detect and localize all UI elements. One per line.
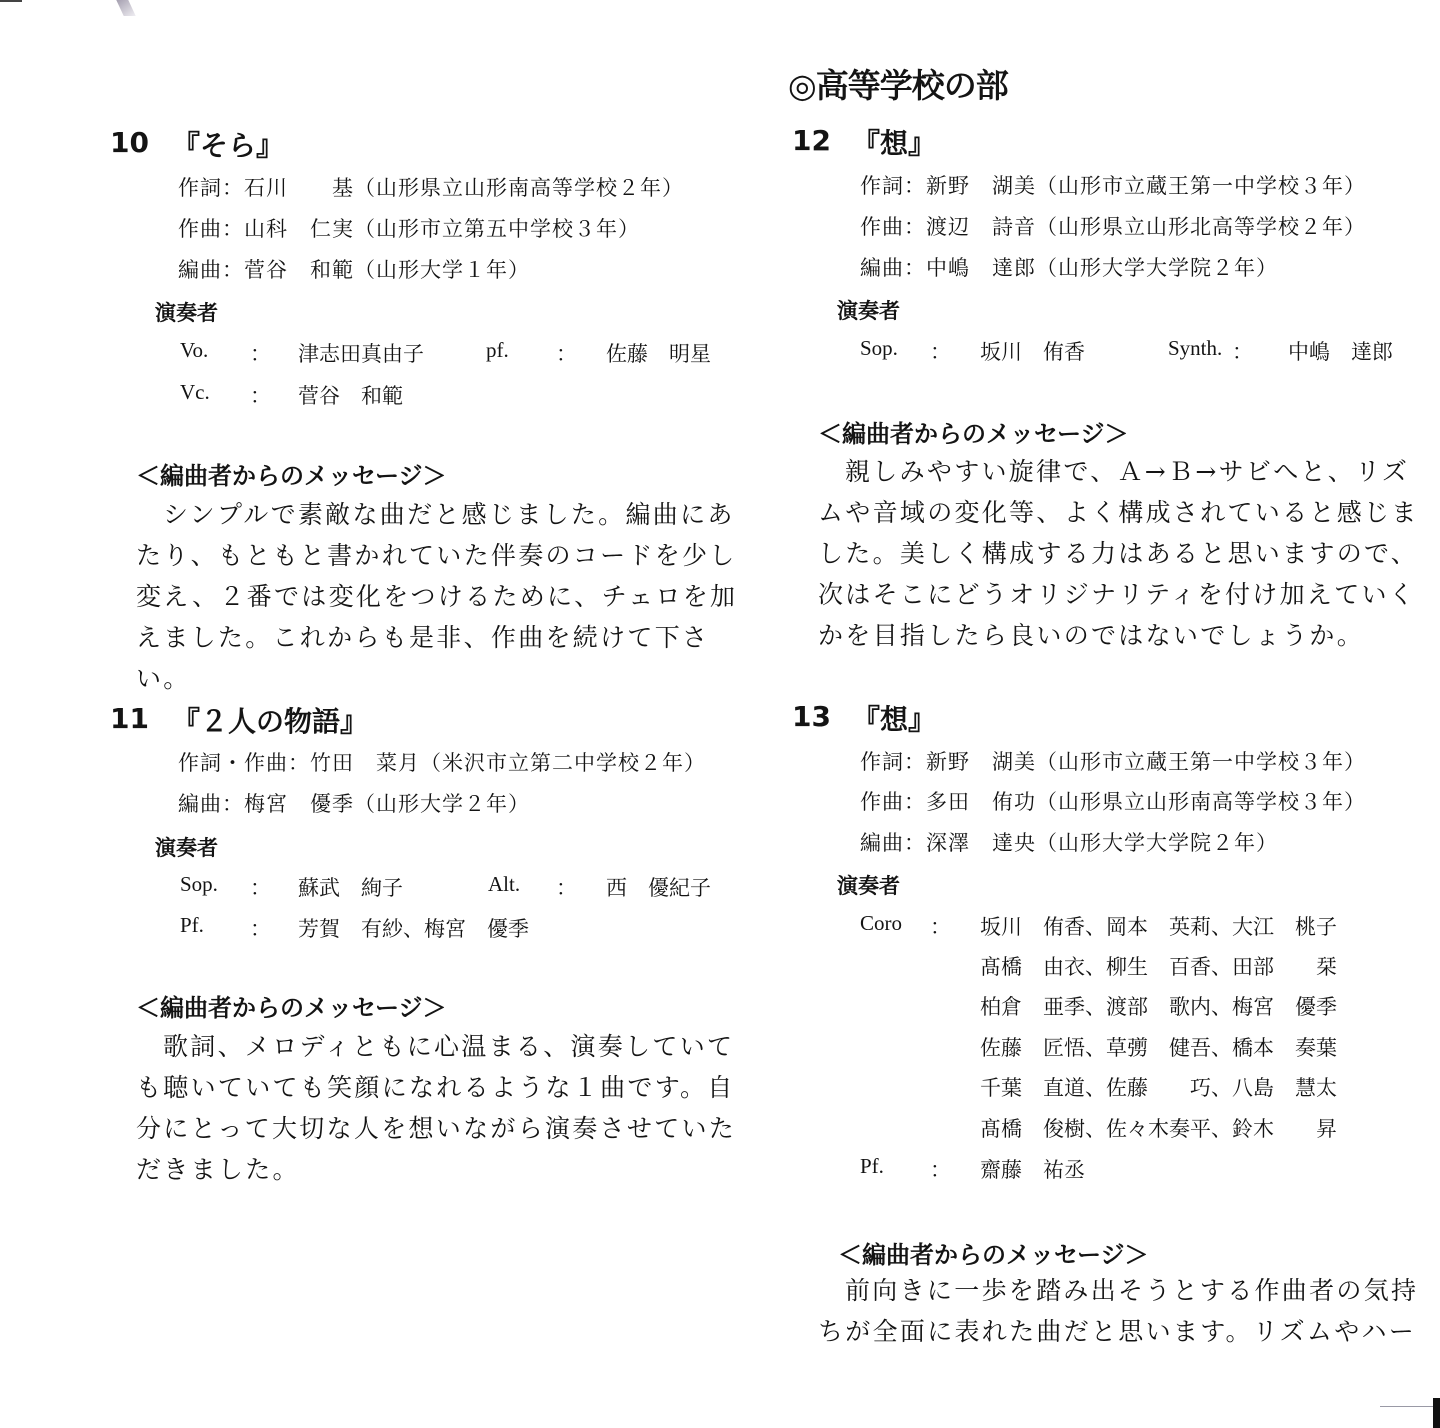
performers-heading: 演奏者 (155, 832, 218, 862)
performer-part: Pf. (180, 913, 204, 938)
performer-part: Pf. (860, 1154, 884, 1179)
song-title: 『想』 (852, 122, 936, 162)
message-line: ちが全面に表れた曲だと思います。リズムやハー (818, 1311, 1433, 1352)
credit-composer: 作曲：渡辺 詩音（山形県立山形北高等学校２年） (860, 211, 1366, 241)
performer-name: 千葉 直道、佐藤 巧、八島 慧太 (980, 1072, 1337, 1102)
arranger-message: 歌詞、メロディともに心温まる、演奏していて も聴いていても笑顔になれるような１曲… (136, 1026, 746, 1190)
colon: ： (930, 1154, 951, 1184)
credit-arranger: 編曲：梅宮 優季（山形大学２年） (178, 788, 530, 818)
credit-lyrics-composer: 作詞・作曲：竹田 菜月（米沢市立第二中学校２年） (178, 747, 706, 777)
performer-name: 芳賀 有紗、梅宮 優季 (298, 913, 529, 943)
song-number: 12 (792, 124, 831, 157)
performer-name: 菅谷 和範 (298, 380, 403, 410)
message-heading: ＜編曲者からのメッセージ＞ (136, 456, 447, 491)
colon: ： (250, 913, 271, 943)
performers-heading: 演奏者 (837, 870, 900, 900)
performer-part: Vc. (180, 380, 210, 405)
credit-lyrics: 作詞：新野 湖美（山形市立蔵王第一中学校３年） (860, 170, 1366, 200)
message-line: 次はそこにどうオリジナリティを付け加えていく (818, 574, 1428, 615)
credit-arranger: 編曲：中嶋 達郎（山形大学大学院２年） (860, 252, 1278, 282)
performer-part: Synth. (1168, 336, 1222, 361)
scan-edge-mark (1433, 1398, 1440, 1428)
performer-name: 西 優紀子 (606, 872, 711, 902)
performer-name: 柏倉 亜季、渡部 歌内、梅宮 優季 (980, 991, 1337, 1021)
song-number: 10 (110, 126, 149, 159)
song-title: 『想』 (852, 698, 936, 738)
arranger-message: 前向きに一歩を踏み出そうとする作曲者の気持 ちが全面に表れた曲だと思います。リズ… (818, 1270, 1433, 1352)
colon: ： (250, 338, 271, 368)
song-number: 11 (110, 702, 149, 735)
performer-name: 髙橋 由衣、柳生 百香、田部 栞 (980, 951, 1337, 981)
song-number: 13 (792, 700, 831, 733)
arranger-message: 親しみやすい旋律で、Ａ→Ｂ→サビへと、リズ ムや音域の変化等、よく構成されている… (818, 451, 1428, 656)
scan-smudge (116, 0, 135, 16)
colon: ： (250, 380, 271, 410)
colon: ： (930, 911, 951, 941)
message-line: たり、もともと書かれていた伴奏のコードを少し (136, 535, 746, 576)
message-line: 変え、２番では変化をつけるために、チェロを加 (136, 576, 746, 617)
performer-name: 坂川 侑香、岡本 英莉、大江 桃子 (980, 911, 1337, 941)
colon: ： (250, 872, 271, 902)
performer-name: 中嶋 達郎 (1288, 336, 1393, 366)
message-line: 前向きに一歩を踏み出そうとする作曲者の気持 (818, 1270, 1433, 1311)
message-line: 歌詞、メロディともに心温まる、演奏していて (136, 1026, 746, 1067)
performer-name: 坂川 侑香 (980, 336, 1085, 366)
performer-name: 佐藤 匠悟、草彅 健吾、橋本 奏葉 (980, 1032, 1337, 1062)
message-line: だきました。 (136, 1149, 746, 1190)
performer-name: 齋藤 祐丞 (980, 1154, 1085, 1184)
message-heading: ＜編曲者からのメッセージ＞ (136, 988, 447, 1023)
message-line: かを目指したら良いのではないでしょうか。 (818, 615, 1428, 656)
credit-composer: 作曲：山科 仁実（山形市立第五中学校３年） (178, 213, 640, 243)
colon: ： (556, 338, 577, 368)
colon: ： (556, 872, 577, 902)
performer-part: Sop. (860, 336, 898, 361)
message-line: ムや音域の変化等、よく構成されていると感じま (818, 492, 1428, 533)
performer-name: 佐藤 明星 (606, 338, 711, 368)
message-line: シンプルで素敵な曲だと感じました。編曲にあ (136, 494, 746, 535)
performer-name: 髙橋 俊樹、佐々木奏平、鈴木 昇 (980, 1113, 1337, 1143)
message-line: した。美しく構成する力はあると思いますので、 (818, 533, 1428, 574)
message-line: えました。これからも是非、作曲を続けて下さい。 (136, 617, 746, 699)
performers-heading: 演奏者 (155, 297, 218, 327)
credit-arranger: 編曲：菅谷 和範（山形大学１年） (178, 254, 530, 284)
message-line: も聴いていても笑顔になれるような１曲です。自 (136, 1067, 746, 1108)
message-heading: ＜編曲者からのメッセージ＞ (838, 1235, 1149, 1270)
credit-arranger: 編曲：深澤 達央（山形大学大学院２年） (860, 827, 1278, 857)
arranger-message: シンプルで素敵な曲だと感じました。編曲にあ たり、もともと書かれていた伴奏のコー… (136, 494, 746, 699)
colon: ： (930, 336, 951, 366)
message-line: 分にとって大切な人を想いながら演奏させていた (136, 1108, 746, 1149)
credit-lyrics: 作詞：新野 湖美（山形市立蔵王第一中学校３年） (860, 746, 1366, 776)
performers-heading: 演奏者 (837, 295, 900, 325)
credit-lyrics: 作詞：石川 基（山形県立山形南高等学校２年） (178, 172, 684, 202)
song-title: 『そら』 (172, 124, 284, 164)
colon: ： (1232, 336, 1253, 366)
section-title: ◎高等学校の部 (788, 60, 1008, 107)
performer-part: Vo. (180, 338, 208, 363)
performer-part: Alt. (488, 872, 520, 897)
message-heading: ＜編曲者からのメッセージ＞ (818, 414, 1129, 449)
credit-composer: 作曲：多田 侑功（山形県立山形南高等学校３年） (860, 786, 1366, 816)
performer-name: 津志田真由子 (298, 338, 424, 368)
scan-edge-mark (0, 0, 22, 2)
scan-edge-line (1380, 1406, 1440, 1407)
performer-part: Sop. (180, 872, 218, 897)
song-title: 『２人の物語』 (172, 700, 368, 740)
performer-part: Coro (860, 911, 902, 936)
message-line: 親しみやすい旋律で、Ａ→Ｂ→サビへと、リズ (818, 451, 1428, 492)
performer-part: pf. (486, 338, 509, 363)
performer-name: 蘇武 絢子 (298, 872, 403, 902)
